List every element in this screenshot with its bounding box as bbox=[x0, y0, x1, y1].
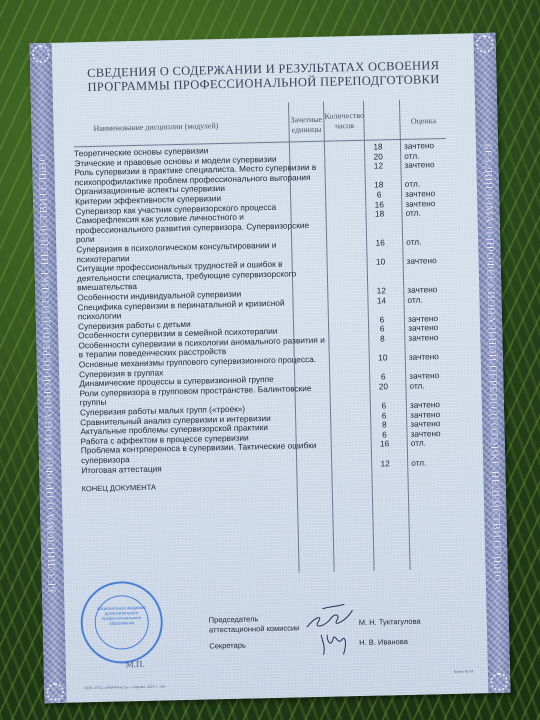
grade-cell: отл. bbox=[409, 381, 424, 391]
stamp-text: Национальная академия дополнительного пр… bbox=[96, 605, 146, 626]
chair-name: М. Н. Туктагулова bbox=[359, 617, 421, 627]
printer-info: ООО «ПТЦ «АРМ-Регистр», г. Кирово, 2023 … bbox=[84, 684, 166, 690]
header-credits: Зачетные единицы bbox=[289, 115, 323, 136]
rosette-icon bbox=[476, 35, 494, 53]
grade-cell: зачтено bbox=[404, 160, 434, 170]
hours-cell: 10 bbox=[366, 257, 396, 267]
rosette-icon bbox=[32, 45, 50, 63]
hours-cell: 20 bbox=[368, 382, 398, 392]
form-code: Бланк № 04 bbox=[454, 669, 473, 673]
rosette-icon bbox=[490, 673, 508, 691]
grade-cell: отл. bbox=[407, 295, 422, 305]
security-band-right: БЕЗ ДИПЛОМА О ПРОФЕССИОНАЛЬНОЙ ПЕРЕПОДГО… bbox=[473, 33, 510, 693]
signature-icon bbox=[300, 598, 361, 659]
secretary-name: Н. В. Иванова bbox=[359, 637, 408, 647]
hours-cell: 14 bbox=[366, 296, 396, 306]
stamp-mp-label: М.П. bbox=[126, 659, 145, 669]
hours-cell: 16 bbox=[370, 439, 400, 449]
grade-cell: зачтено bbox=[408, 333, 438, 343]
grade-cell: отл. bbox=[405, 209, 420, 219]
hours-cell: 12 bbox=[363, 161, 393, 171]
document-sheet: БЕЗ ДИПЛОМА О ПРОФЕССИОНАЛЬНОЙ ПЕРЕПОДГО… bbox=[30, 33, 511, 703]
security-band-text: БЕЗ ДИПЛОМА О ПРОФЕССИОНАЛЬНОЙ ПЕРЕПОДГО… bbox=[38, 153, 59, 592]
rosette-icon bbox=[46, 683, 64, 701]
security-band-text: БЕЗ ДИПЛОМА О ПРОФЕССИОНАЛЬНОЙ ПЕРЕПОДГО… bbox=[481, 143, 502, 582]
results-table: Теоретические основы супервизии18зачтено… bbox=[74, 140, 481, 475]
grade-cell: отл. bbox=[411, 458, 426, 468]
grade-cell: отл. bbox=[406, 237, 421, 247]
grade-cell: зачтено bbox=[409, 352, 439, 362]
chair-label: Председатель аттестационной комиссии bbox=[209, 613, 300, 635]
secretary-label: Секретарь bbox=[209, 641, 246, 652]
hours-cell: 10 bbox=[368, 353, 398, 363]
hours-cell: 12 bbox=[370, 459, 400, 469]
end-of-document: КОНЕЦ ДОКУМЕНТА bbox=[82, 483, 156, 494]
security-band-left: БЕЗ ДИПЛОМА О ПРОФЕССИОНАЛЬНОЙ ПЕРЕПОДГО… bbox=[30, 43, 67, 703]
grade-cell: зачтено bbox=[407, 256, 437, 266]
grade-cell: отл. bbox=[411, 439, 426, 449]
hours-cell: 8 bbox=[367, 334, 397, 344]
official-stamp: Национальная академия дополнительного пр… bbox=[80, 581, 164, 665]
hours-cell: 16 bbox=[365, 238, 395, 248]
document-title: СВЕДЕНИЯ О СОДЕРЖАНИИ И РЕЗУЛЬТАТАХ ОСВО… bbox=[60, 57, 467, 94]
hours-cell: 18 bbox=[364, 209, 394, 219]
header-discipline: Наименование дисциплин (модулей) bbox=[73, 119, 303, 134]
header-hours: Количество часов bbox=[324, 111, 364, 132]
header-grade: Оценка bbox=[400, 116, 446, 127]
